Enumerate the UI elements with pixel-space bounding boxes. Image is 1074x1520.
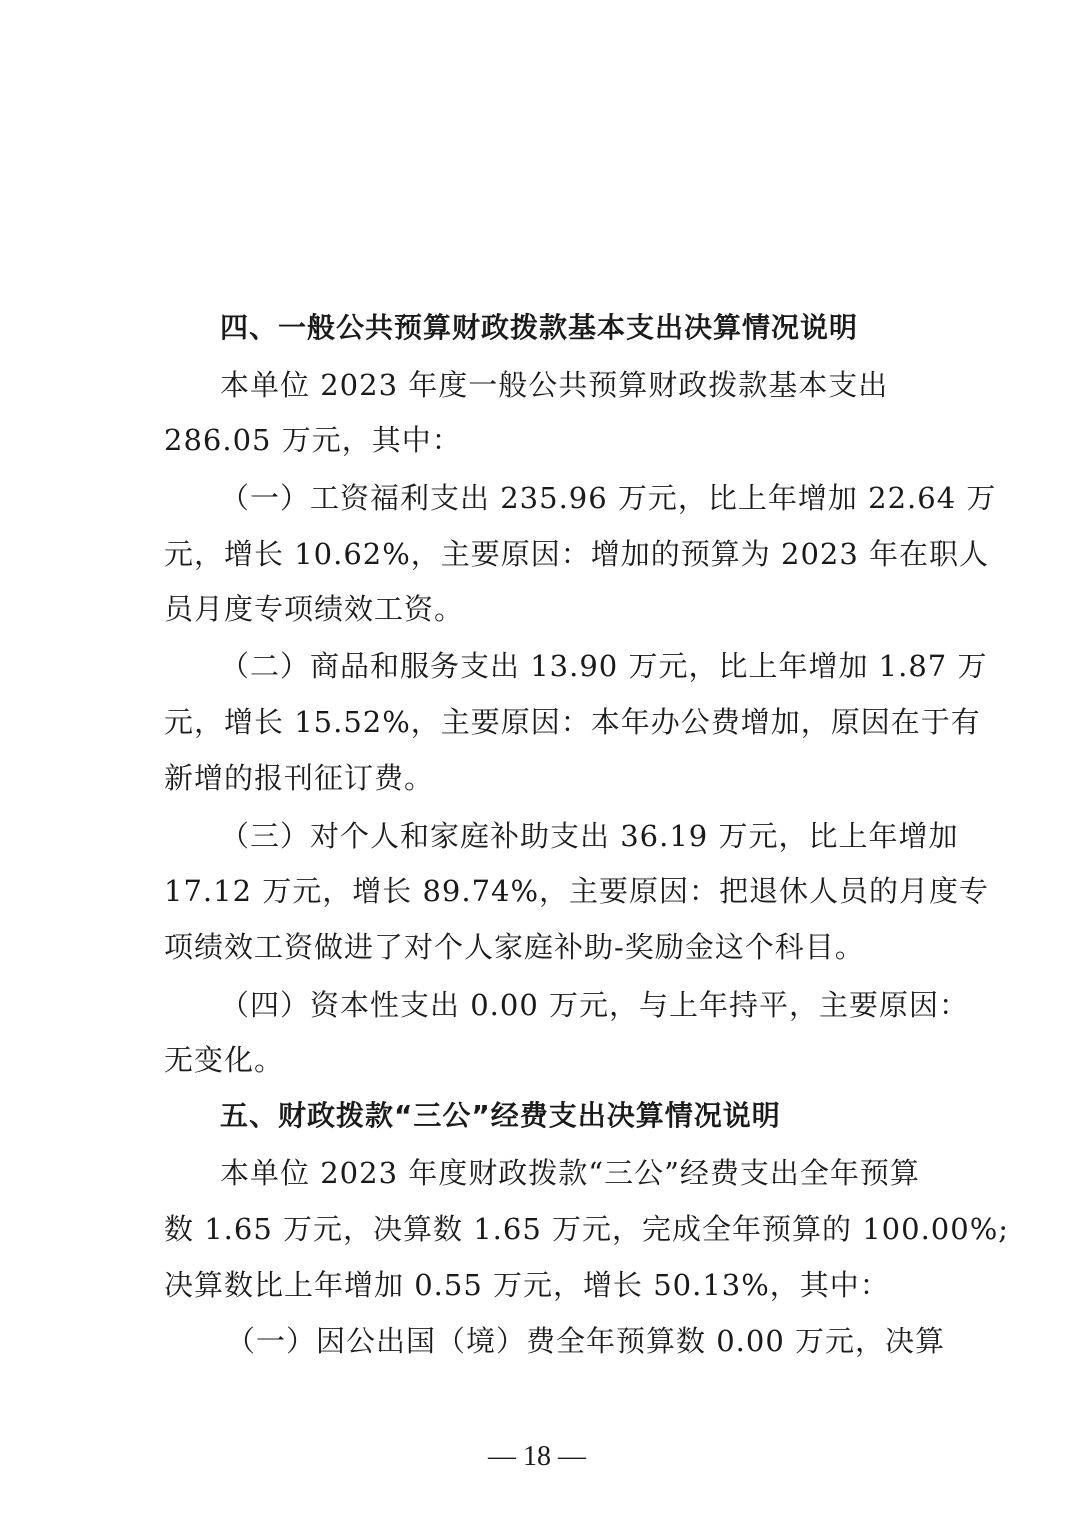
item-2-line-2: 元，增长 15.52%，主要原因：本年办公费增加，原因在于有: [164, 704, 909, 740]
section-4-intro-line-1: 本单位 2023 年度一般公共预算财政拨款基本支出: [220, 367, 832, 403]
section-4-heading: 四、一般公共预算财政拨款基本支出决算情况说明: [220, 310, 858, 346]
item-1-line-3: 员月度专项绩效工资。: [164, 591, 464, 627]
section-5-item-1-line-1: （一）因公出国（境）费全年预算数 0.00 万元，决算: [226, 1323, 896, 1359]
section-5-intro-line-2: 数 1.65 万元，决算数 1.65 万元，完成全年预算的 100.00%;: [164, 1211, 909, 1247]
item-3-line-3: 项绩效工资做进了对个人家庭补助-奖励金这个科目。: [164, 929, 865, 965]
section-4-intro-line-2: 286.05 万元，其中：: [164, 422, 462, 458]
page-number: — 18 —: [0, 1440, 1074, 1474]
item-2-line-3: 新增的报刊征订费。: [164, 760, 434, 796]
item-4-line-2: 无变化。: [164, 1042, 284, 1078]
item-4-line-1: （四）资本性支出 0.00 万元，与上年持平，主要原因：: [220, 987, 910, 1023]
item-3-line-2: 17.12 万元，增长 89.74%，主要原因：把退休人员的月度专: [164, 873, 909, 909]
item-1-line-1: （一）工资福利支出 235.96 万元，比上年增加 22.64 万: [220, 480, 910, 516]
item-2-line-1: （二）商品和服务支出 13.90 万元，比上年增加 1.87 万: [220, 648, 910, 684]
section-5-heading: 五、财政拨款“三公”经费支出决算情况说明: [220, 1098, 781, 1134]
section-5-intro-line-1: 本单位 2023 年度财政拨款“三公”经费支出全年预算: [220, 1155, 900, 1191]
section-5-intro-line-3: 决算数比上年增加 0.55 万元，增长 50.13%，其中：: [164, 1267, 890, 1303]
document-page: 四、一般公共预算财政拨款基本支出决算情况说明 本单位 2023 年度一般公共预算…: [0, 0, 1074, 1520]
item-3-line-1: （三）对个人和家庭补助支出 36.19 万元，比上年增加: [220, 818, 910, 854]
item-1-line-2: 元，增长 10.62%，主要原因：增加的预算为 2023 年在职人: [164, 536, 909, 572]
